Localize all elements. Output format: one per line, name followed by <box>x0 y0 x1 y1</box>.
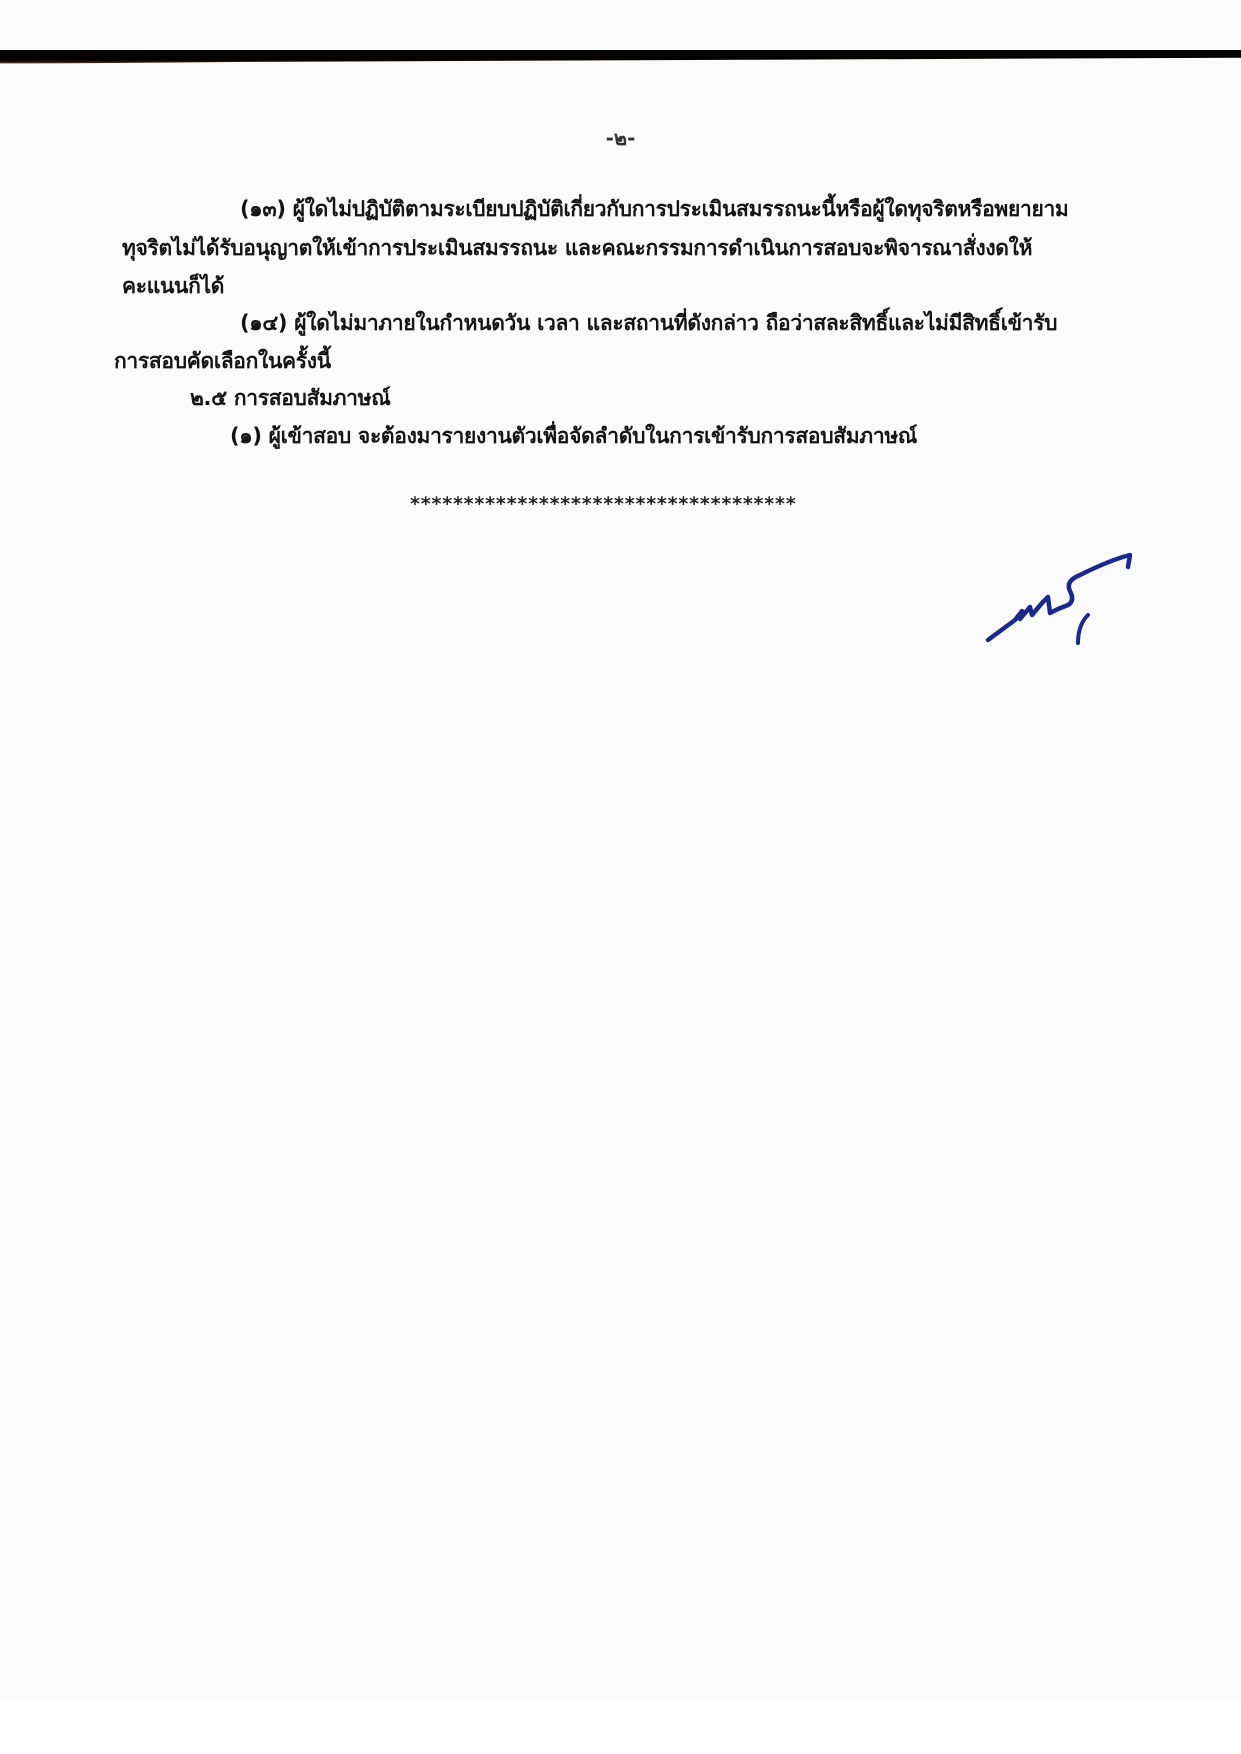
paragraph-line: คะแนนก็ได้ <box>122 270 224 303</box>
paragraph-line: ทุจริตไม่ได้รับอนุญาตให้เข้าการประเมินสม… <box>122 232 1032 265</box>
page-number: -๒- <box>0 122 1241 154</box>
section-item: (๑) ผู้เข้าสอบ จะต้องมารายงานตัวเพื่อจัด… <box>230 420 917 453</box>
signature-icon <box>980 525 1140 655</box>
paragraph-line: การสอบคัดเลือกในครั้งนี้ <box>114 345 331 378</box>
separator-asterisks: ************************************** <box>410 493 795 515</box>
section-heading: ๒.๕ การสอบสัมภาษณ์ <box>190 382 390 415</box>
paragraph-line: (๑๓) ผู้ใดไม่ปฏิบัติตามระเบียบปฏิบัติเกี… <box>240 193 1068 226</box>
paragraph-line: (๑๔) ผู้ใดไม่มาภายในกำหนดวัน เวลา และสถา… <box>240 307 1057 340</box>
